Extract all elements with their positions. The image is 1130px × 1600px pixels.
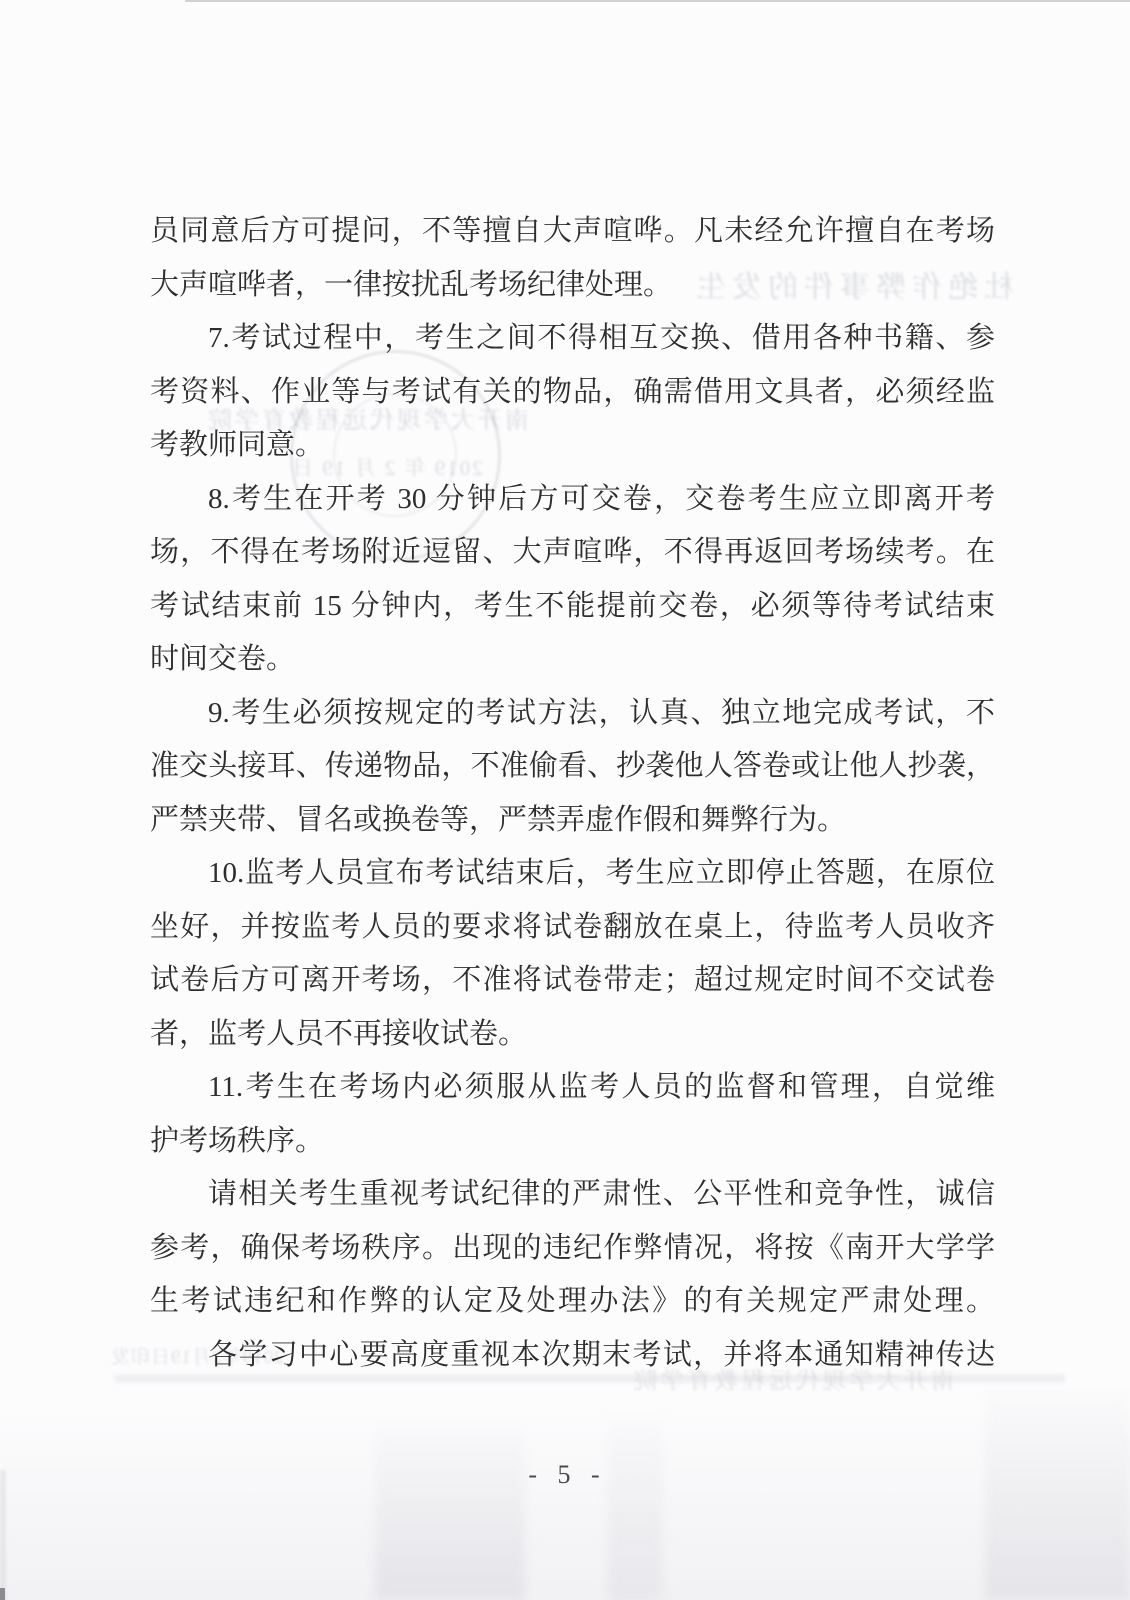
text-line: 护考场秩序。	[150, 1115, 995, 1169]
text-line: 考教师同意。	[150, 419, 995, 473]
text-line: 参考，确保考场秩序。出现的违纪作弊情况，将按《南开大学学	[150, 1222, 995, 1276]
text-line-paragraph-centers-start: 各学习中心要高度重视本次期末考试，并将本通知精神传达	[150, 1329, 995, 1383]
text-line: 严禁夹带、冒名或换卷等，严禁弄虚作假和舞弊行为。	[150, 794, 995, 848]
text-line: 时间交卷。	[150, 633, 995, 687]
text-line-paragraph-9-start: 9.考生必须按规定的考试方法，认真、独立地完成考试，不	[150, 687, 995, 741]
text-line: 坐好，并按监考人员的要求将试卷翻放在桌上，待监考人员收齐	[150, 901, 995, 955]
text-line-paragraph-11-start: 11.考生在考场内必须服从监考人员的监督和管理，自觉维	[150, 1061, 995, 1115]
text-line: 大声喧哗者，一律按扰乱考场纪律处理。	[150, 259, 995, 313]
text-line: 考试结束前 15 分钟内，考生不能提前交卷，必须等待考试结束	[150, 580, 995, 634]
scan-bottom-shade	[0, 1405, 1130, 1600]
text-line: 准交头接耳、传递物品，不准偷看、抄袭他人答卷或让他人抄袭，	[150, 740, 995, 794]
text-line: 试卷后方可离开考场，不准将试卷带走；超过规定时间不交试卷	[150, 954, 995, 1008]
text-line-paragraph-10-start: 10.监考人员宣布考试结束后，考生应立即停止答题，在原位	[150, 847, 995, 901]
document-body: 员同意后方可提问，不等擅自大声喧哗。凡未经允许擅自在考场 大声喧哗者，一律按扰乱…	[150, 205, 995, 1382]
text-line: 员同意后方可提问，不等擅自大声喧哗。凡未经允许擅自在考场	[150, 205, 995, 259]
text-line-paragraph-8-start: 8.考生在开考 30 分钟后方可交卷，交卷考生应立即离开考	[150, 473, 995, 527]
text-line-paragraph-notice-start: 请相关考生重视考试纪律的严肃性、公平性和竞争性，诚信	[150, 1168, 995, 1222]
scanned-document-page: 杜绝作弊事件的发生 南开大学现代远程教育学院 2019 年 2 月 19 日 2…	[0, 0, 1130, 1600]
scan-corner-mark	[0, 1588, 5, 1600]
text-line: 考资料、作业等与考试有关的物品，确需借用文具者，必须经监	[150, 366, 995, 420]
text-line: 生考试违纪和作弊的认定及处理办法》的有关规定严肃处理。	[150, 1275, 995, 1329]
scan-top-edge-line	[185, 0, 1130, 2]
text-line: 者，监考人员不再接收试卷。	[150, 1008, 995, 1062]
page-number: - 5 -	[0, 1460, 1130, 1490]
text-line: 场，不得在考场附近逗留、大声喧哗，不得再返回考场续考。在	[150, 526, 995, 580]
text-line-paragraph-7-start: 7.考试过程中，考生之间不得相互交换、借用各种书籍、参	[150, 312, 995, 366]
